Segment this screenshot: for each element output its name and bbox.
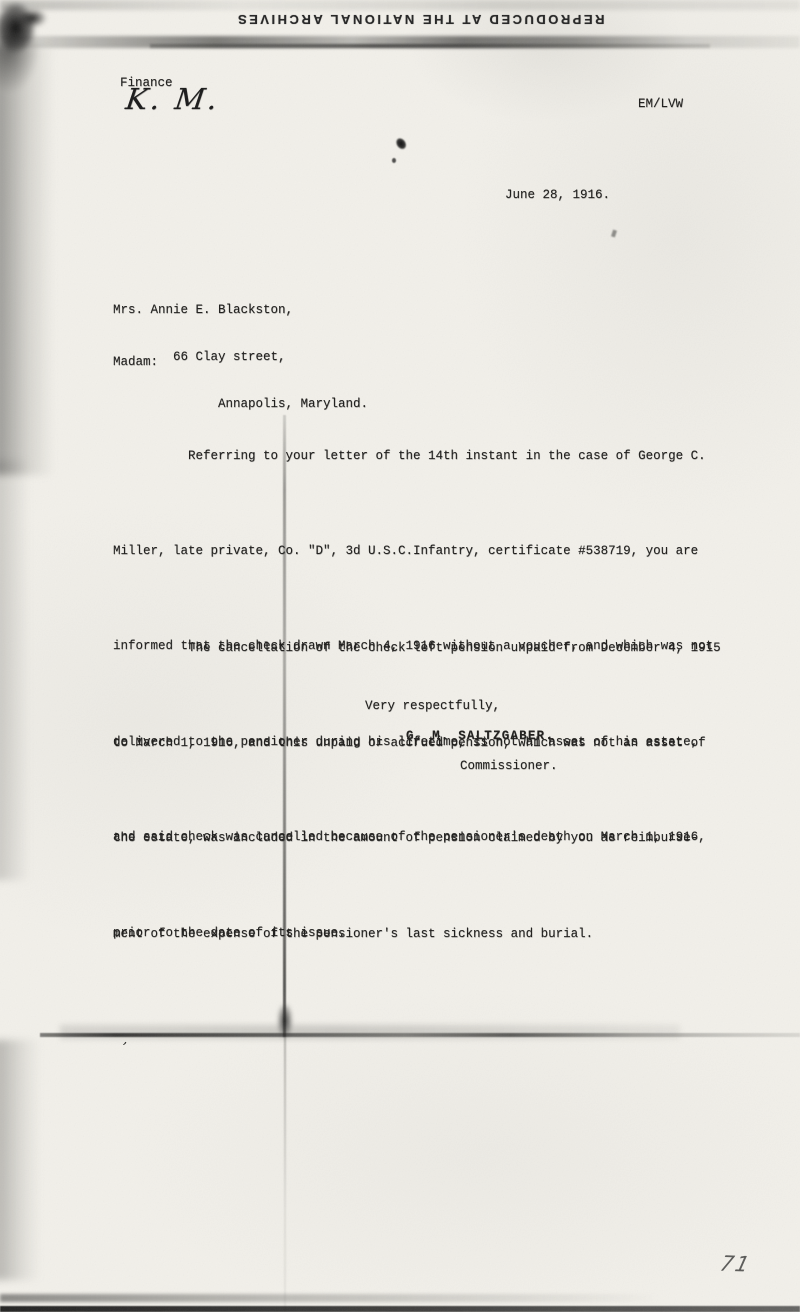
left-edge-smudge-upper bbox=[0, 45, 54, 475]
handwritten-initials: K. M. bbox=[124, 82, 223, 116]
body-paragraph-2: The cancellation of the check left pensi… bbox=[113, 569, 733, 1014]
paragraph-line: the estate, was included in the amount o… bbox=[113, 823, 733, 855]
scanned-letter-page: REPRODUCED AT THE NATIONAL ARCHIVES Fina… bbox=[0, 0, 800, 1312]
ink-blot bbox=[390, 134, 412, 157]
closing-phrase: Very respectfully, bbox=[365, 699, 500, 713]
paragraph-line: Referring to your letter of the 14th ins… bbox=[113, 441, 733, 473]
horizontal-fold-line bbox=[40, 1033, 800, 1037]
vertical-fold-line bbox=[283, 415, 286, 1037]
smudge-band-top-dark bbox=[150, 44, 710, 48]
letter-date: June 28, 1916. bbox=[505, 188, 610, 202]
recipient-name-line: Mrs. Annie E. Blackston, bbox=[113, 303, 368, 319]
archive-stamp-text: REPRODUCED AT THE NATIONAL ARCHIVES bbox=[210, 12, 630, 27]
signature-name: G. M. SALTZGABER. bbox=[406, 729, 554, 743]
vertical-fold-line-lower bbox=[284, 1037, 286, 1312]
left-edge-smudge-lower bbox=[0, 1040, 40, 1280]
left-edge-smudge-middle bbox=[0, 460, 30, 880]
bottom-edge-smudge bbox=[0, 1294, 660, 1302]
ink-blot-dot bbox=[392, 158, 396, 163]
horizontal-fold-haze bbox=[60, 1025, 680, 1039]
paragraph-line: The cancellation of the check left pensi… bbox=[113, 633, 733, 665]
salutation: Madam: bbox=[113, 355, 158, 369]
bottom-edge-band bbox=[0, 1306, 800, 1312]
stray-pen-mark: ʼ bbox=[119, 1040, 127, 1057]
stray-mark-right bbox=[611, 230, 617, 238]
paragraph-line: Miller, late private, Co. "D", 3d U.S.C.… bbox=[113, 536, 733, 568]
reference-code: EM/LVW bbox=[638, 97, 683, 111]
paragraph-line: ment of the expense of the pensioner's l… bbox=[113, 919, 733, 951]
signature-title: Commissioner. bbox=[460, 759, 558, 773]
top-edge-smudge bbox=[0, 0, 800, 10]
page-number-handwritten: 71 bbox=[715, 1251, 756, 1276]
